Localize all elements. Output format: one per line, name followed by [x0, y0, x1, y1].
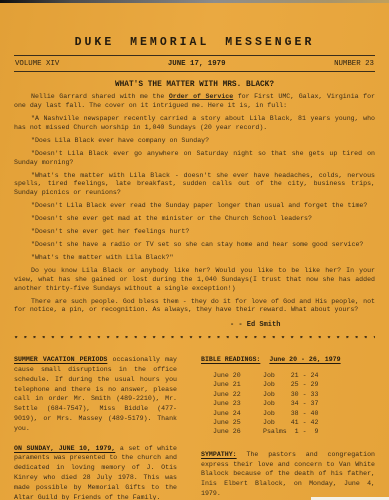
sympathy-notice: SYMPATHY: The pastors and congregation e…: [201, 450, 375, 499]
article-paragraph: "Doesn't Lila Black ever go anywhere on …: [14, 150, 375, 168]
reading-passage: Job 21 - 24: [263, 371, 318, 380]
vacation-notice: SUMMER VACATION PERIODS occasionally may…: [14, 355, 177, 433]
bible-readings-table: June 20Job 21 - 24 June 21Job 25 - 29 Ju…: [201, 371, 375, 437]
reading-date: June 22: [213, 390, 263, 399]
reading-date: June 23: [213, 399, 263, 408]
bible-reading-row: June 20Job 21 - 24: [213, 371, 375, 380]
order-of-service-underlined: Order of Service: [169, 93, 233, 100]
bible-reading-row: June 24Job 38 - 40: [213, 409, 375, 418]
article-paragraph: "A Nashville newspaper recently carried …: [14, 115, 375, 133]
bible-readings-range: June 20 - 26, 1979: [269, 356, 340, 363]
article-paragraph: There are such people. God bless them - …: [14, 298, 375, 316]
reading-date: June 25: [213, 418, 263, 427]
article-title: WHAT'S THE MATTER WITH MRS. BLACK?: [14, 81, 375, 89]
article-paragraph: "Doesn't she ever get her feelings hurt?: [14, 228, 375, 237]
bible-reading-row: June 26Psalms 1 - 9: [213, 427, 375, 436]
article-paragraph: "Doesn't Lila Black ever read the Sunday…: [14, 202, 375, 211]
right-column: BIBLE READINGS:June 20 - 26, 1979 June 2…: [201, 355, 375, 500]
reading-passage: Job 30 - 33: [263, 390, 318, 399]
issue-date: JUNE 17, 1979: [168, 60, 226, 68]
vacation-notice-text: occasionally may cause small disruptions…: [14, 356, 177, 432]
article-paragraph: "What's the matter with Lila Black - doe…: [14, 172, 375, 198]
masthead-title: DUKE MEMORIAL MESSENGER: [14, 36, 375, 49]
bottom-columns: SUMMER VACATION PERIODS occasionally may…: [14, 355, 375, 500]
reading-date: June 26: [213, 427, 263, 436]
vacation-notice-lead: SUMMER VACATION PERIODS: [14, 356, 107, 363]
reading-date: June 20: [213, 371, 263, 380]
article-paragraph-intro: Nellie Garrard shared with me the Order …: [14, 93, 375, 111]
issue-number: NUMBER 23: [334, 60, 374, 68]
paraments-notice: ON SUNDAY, JUNE 10, 1979, a set of white…: [14, 444, 177, 500]
asterisk-separator: * * * * * * * * * * * * * * * * * * * * …: [14, 336, 375, 344]
bible-reading-row: June 25Job 41 - 42: [213, 418, 375, 427]
newsletter-scan: { "masthead": { "title": "DUKE MEMORIAL …: [0, 0, 389, 500]
paraments-notice-text: a set of white paraments was presented t…: [14, 445, 177, 500]
article-paragraph: Do you know Lila Black or anybody like h…: [14, 267, 375, 293]
issue-info-row: VOLUME XIV JUNE 17, 1979 NUMBER 23: [14, 56, 375, 71]
article-signature: - - Ed Smith: [230, 321, 375, 329]
intro-text-before: Nellie Garrard shared with me the: [31, 93, 169, 100]
left-column: SUMMER VACATION PERIODS occasionally may…: [14, 355, 177, 500]
bible-reading-row: June 22Job 30 - 33: [213, 390, 375, 399]
reading-date: June 21: [213, 380, 263, 389]
article-paragraph: "Doesn't she ever get mad at the ministe…: [14, 215, 375, 224]
bible-readings-label: BIBLE READINGS:: [201, 356, 260, 363]
paraments-notice-lead: ON SUNDAY, JUNE 10, 1979,: [14, 445, 115, 452]
sympathy-notice-lead: SYMPATHY:: [201, 451, 237, 458]
bible-reading-row: June 23Job 34 - 37: [213, 399, 375, 408]
article-paragraph: "Doesn't she have a radio or TV set so s…: [14, 241, 375, 250]
article-paragraph: "What's the matter with Lila Black?": [14, 254, 375, 263]
header-rule-bottom: [14, 71, 375, 72]
scan-edge-strip: [0, 0, 389, 3]
reading-passage: Job 38 - 40: [263, 409, 318, 418]
reading-passage: Job 41 - 42: [263, 418, 318, 427]
bible-reading-row: June 21Job 25 - 29: [213, 380, 375, 389]
volume-label: VOLUME XIV: [15, 60, 59, 68]
reading-passage: Job 25 - 29: [263, 380, 318, 389]
newsletter-page: DUKE MEMORIAL MESSENGER VOLUME XIV JUNE …: [0, 36, 389, 500]
reading-passage: Psalms 1 - 9: [263, 427, 318, 436]
reading-passage: Job 34 - 37: [263, 399, 318, 408]
bible-readings-header: BIBLE READINGS:June 20 - 26, 1979: [201, 355, 375, 365]
article-paragraph: "Does Lila Black ever have company on Su…: [14, 137, 375, 146]
reading-date: June 24: [213, 409, 263, 418]
